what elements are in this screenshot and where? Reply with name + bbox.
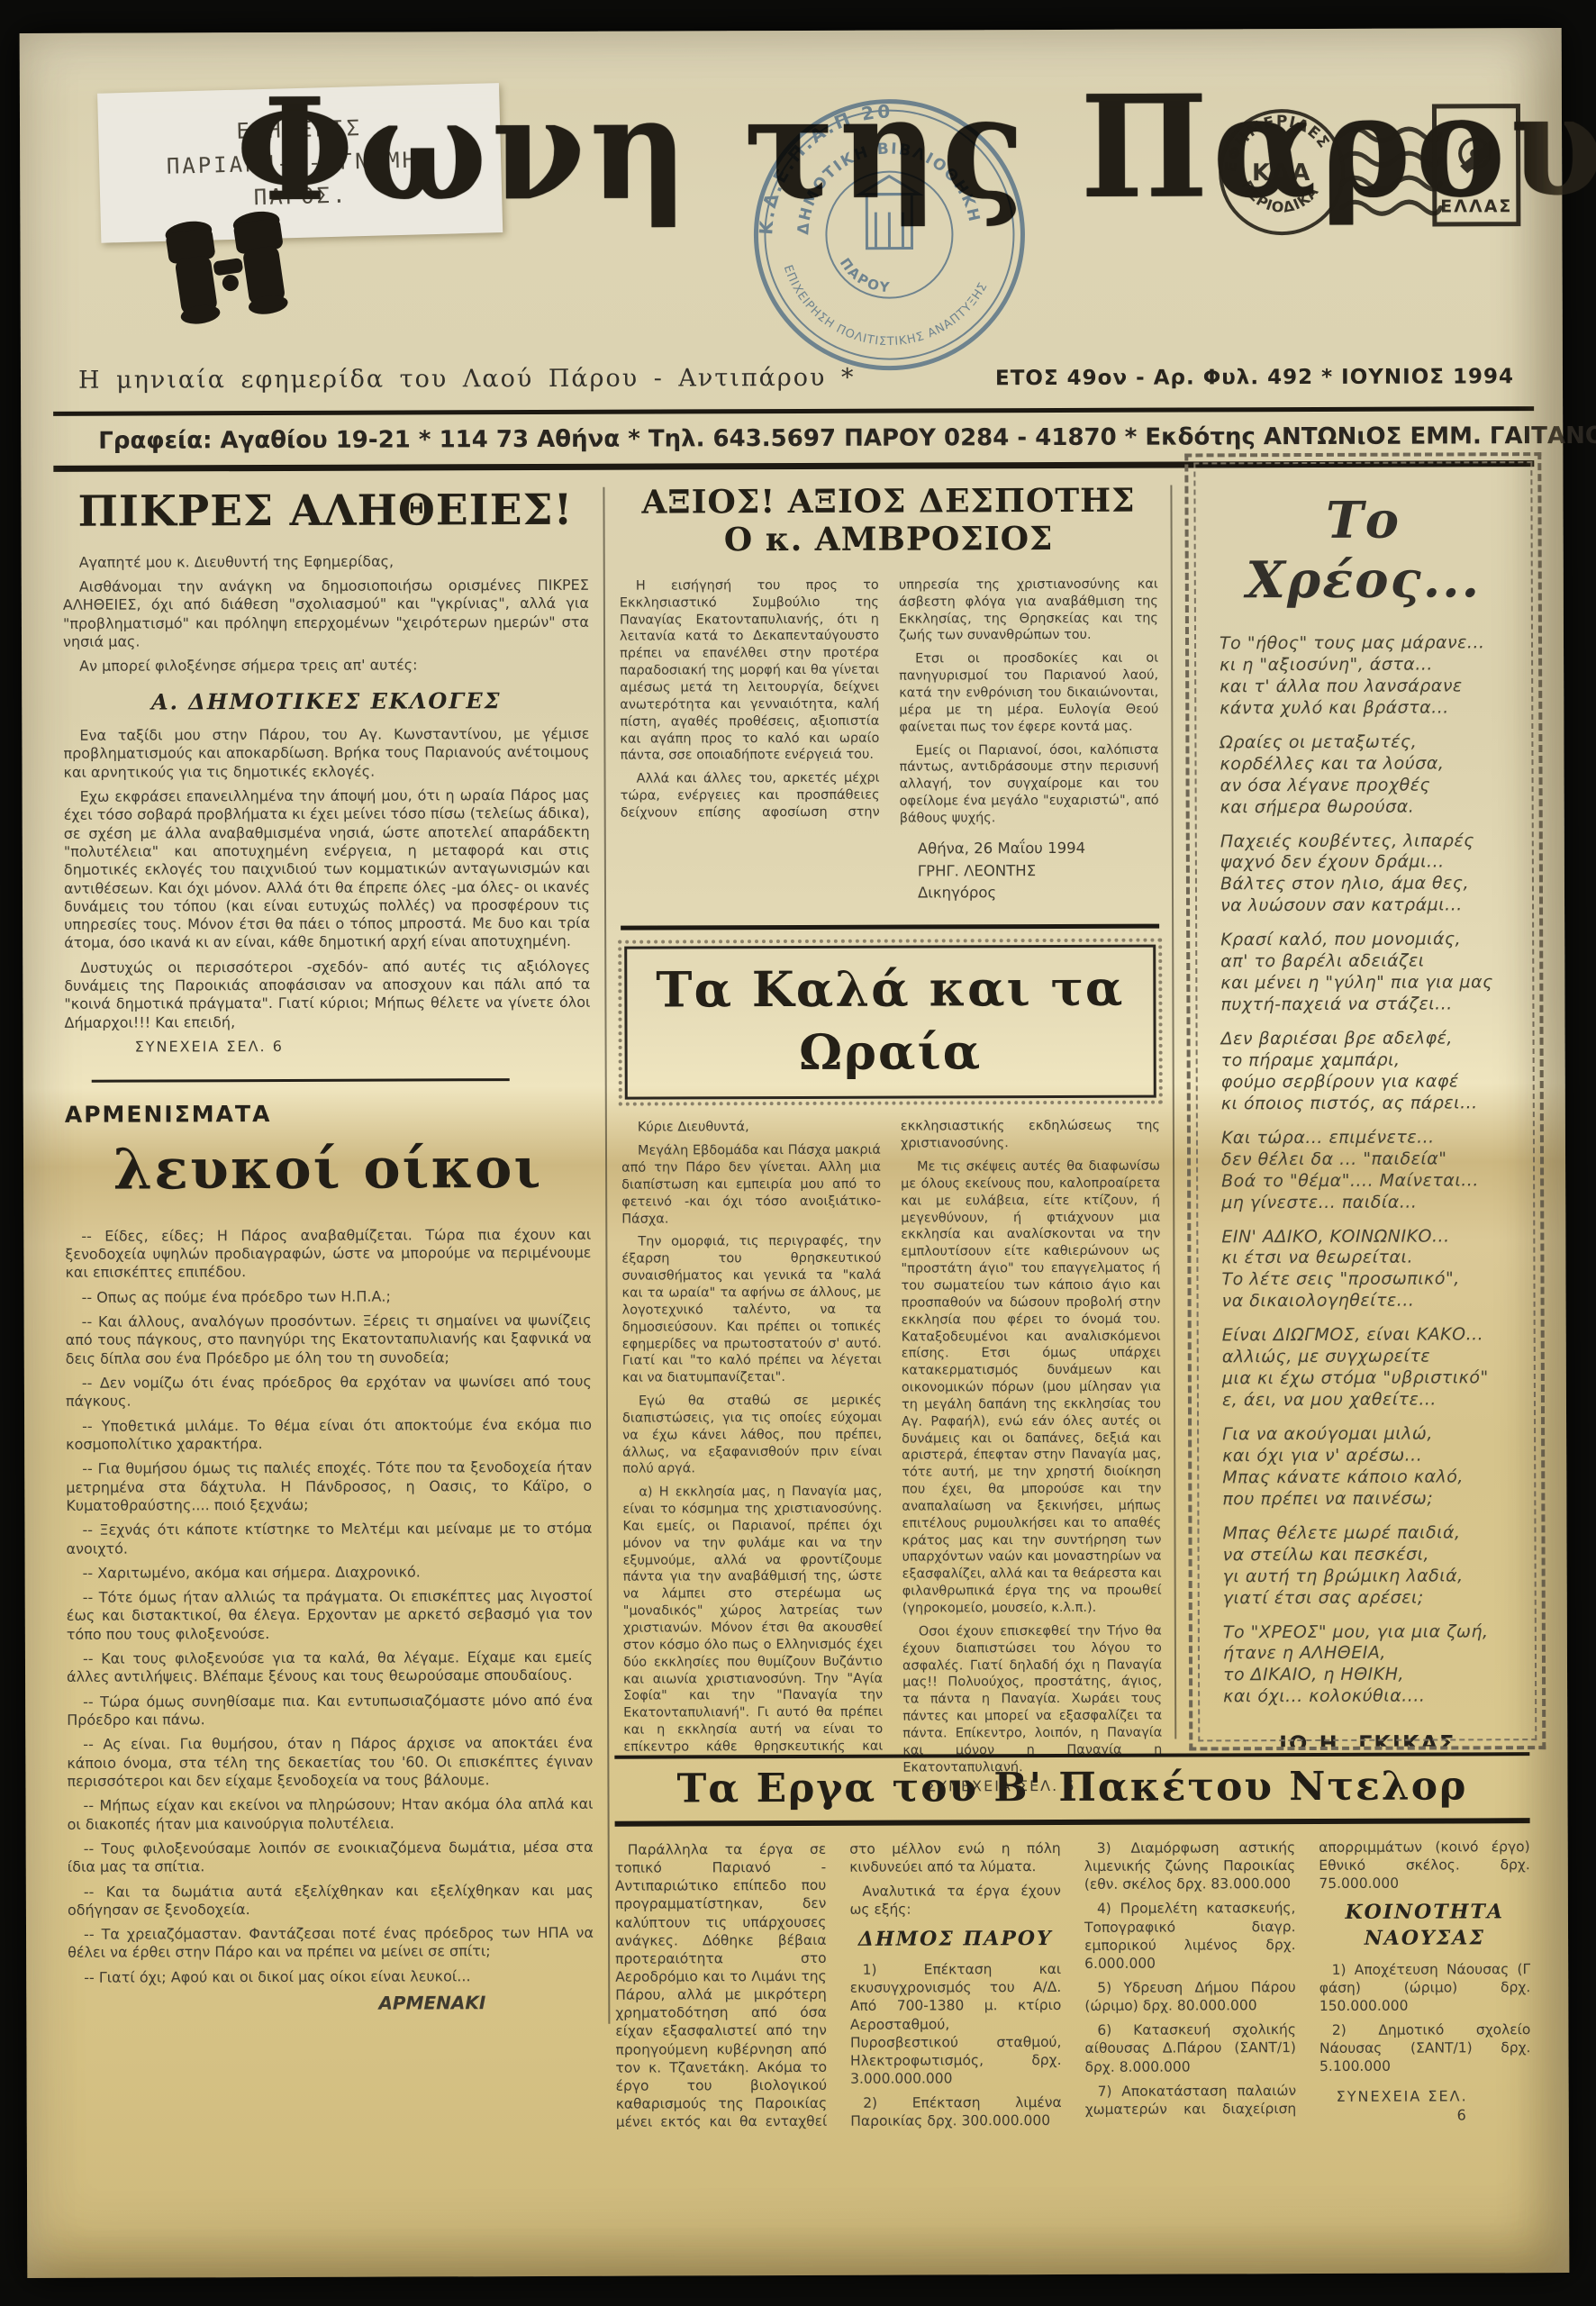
axios-signature: Αθήνα, 26 Μαΐου 1994 ΓΡΗΓ. ΛΕΟΝΤΗΣ Δικηγ… (918, 837, 1159, 904)
erga-subhead-koinotita-line2: ΝΑΟΥΣΑΣ (1365, 1926, 1485, 1949)
poem-box: Το Χρέος... Το "ήθος" τους μας μάρανε...… (1184, 452, 1546, 1750)
erga-rule-mid (615, 1818, 1530, 1827)
paragraph: 3) Διαμόρφωση αστικής λιμενικής ζώνης Πα… (1084, 1838, 1296, 1893)
stamp-building-glyph (859, 177, 919, 249)
paragraph: -- Γιατί όχι; Αφού και οι δικοί μας οίκο… (68, 1967, 594, 1987)
erga-body: Παράλληλα τα έργα σε τοπικό Παριανό - Αν… (615, 1838, 1531, 2131)
kala-headline-box: Τα Καλά και τα Ωραία (624, 945, 1156, 1100)
article-title-kala: Τα Καλά και τα Ωραία (634, 957, 1146, 1085)
paragraph: 6) Κατασκευή σχολικής αίθουσας Δ.Πάρου (… (1084, 2020, 1296, 2075)
article-title-erga: Τα Εργα του Β' Πακέτου Ντελορ (614, 1763, 1529, 1812)
armenaki-signature: ΑΡΜΕΝΑΚΙ (68, 1992, 594, 2016)
masthead-rule-top (53, 406, 1534, 416)
poem-stanza: Για να ακούγομαι μιλώ,και όχι για ν' αρέ… (1222, 1423, 1510, 1511)
paragraph: -- Και άλλους, αναλόγων προσόντων. Ξέρει… (66, 1312, 592, 1368)
paragraph: Η εισήγησή του προς το Εκκλησιαστικό Συμ… (620, 577, 880, 765)
paragraph: -- Οπως ας πούμε ένα πρόεδρο των Η.Π.Α.; (66, 1287, 592, 1307)
poem-stanza: Το "ήθος" τους μας μάρανε...κι η "αξιοσύ… (1220, 632, 1508, 720)
paragraph: Με τις σκέψεις αυτές θα διαφωνίσω με όλο… (901, 1158, 1162, 1618)
paragraph: -- Και τα δωμάτια αυτά εξελίχθηκαν και ε… (68, 1881, 594, 1920)
svg-text:Κ.Δ.Ε.Π.Α.Π 2000: Κ.Δ.Ε.Π.Α.Π 2000 (740, 86, 893, 236)
paragraph: -- Για θυμήσου όμως τις παλιές εποχές. Τ… (66, 1458, 592, 1515)
hellas-stamp-label: ΕΛΛΑΣ (1440, 196, 1512, 216)
paragraph: -- Ας είναι. Για θυμήσου, όταν η Πάρος ά… (67, 1734, 593, 1791)
paragraph: Την ομορφιά, τις περιγραφές, την έξαρση … (621, 1233, 882, 1387)
bottom-article: Τα Εργα του Β' Πακέτου Ντελορ Παράλληλα … (614, 1752, 1530, 2131)
axios-body: Η εισήγησή του προς το Εκκλησιαστικό Συμ… (620, 576, 1159, 829)
axios-sig-name: ΓΡΗΓ. ΛΕΟΝΤΗΣ (918, 859, 1159, 883)
paragraph: -- Μήπως είχαν και εκείνοι να πληρώσουν;… (67, 1795, 593, 1834)
posthorn-icon (1447, 126, 1505, 196)
paragraph: 2) Επέκταση λιμένα Παροικίας δρχ. 300.00… (850, 2093, 1062, 2130)
newspaper-page: ΕΦΗΜΕΡΙΣΠΑΡΙΑΝΗ----ΓΝΩΜΗ.ΠΑΡΟΣ. Φωνη της… (20, 28, 1570, 2278)
poem-stanza: ΕΙΝ' ΑΔΙΚΟ, ΚΟΙΝΩΝΙΚΟ...κι έτσι να θεωρε… (1221, 1226, 1510, 1313)
axios-sig-role: Δικηγόρος (918, 882, 1159, 905)
kala-body: Κύριε Διευθυντά,Μεγάλη Εβδομάδα και Πάσχ… (621, 1118, 1163, 1777)
erga-continuation: ΣΥΝΕΧΕΙΑ ΣΕΛ. 6 (1319, 2088, 1531, 2126)
svg-text:ΠΑΡΟΥ: ΠΑΡΟΥ (837, 255, 892, 296)
issue-info: ΕΤΟΣ 49ον - Αρ. Φυλ. 492 * ΙΟΥΝΙΟΣ 1994 (995, 365, 1514, 390)
masthead-subtitle-row: Η μηνιαία εφημερίδα του Λαού Πάρου - Αντ… (78, 361, 1514, 395)
contact-line: Γραφεία: Αγαθίου 19-21 * 114 73 Αθήνα * … (98, 422, 1503, 454)
paragraph: -- Χαριτωμένο, ακόμα και σήμερα. Διαχρον… (67, 1563, 593, 1583)
hellas-stamp: ΕΛΛΑΣ (1432, 104, 1520, 226)
erga-subhead-dimos: ΔΗΜΟΣ ΠΑΡΟΥ (849, 1926, 1061, 1952)
paragraph: Αν μπορεί φιλοξένησε σήμερα τρεις απ' αυ… (63, 656, 589, 676)
middle-column: ΑΞΙΟΣ! ΑΞΙΟΣ ΔΕΣΠΟΤΗΣ Ο κ. ΑΜΒΡΟΣΙΟΣ Η ε… (619, 482, 1162, 1798)
article-title-axios: ΑΞΙΟΣ! ΑΞΙΟΣ ΔΕΣΠΟΤΗΣ Ο κ. ΑΜΒΡΟΣΙΟΣ (619, 482, 1157, 560)
armenismata-kicker: ΑΡΜΕΝΙΣΜΑΤΑ (65, 1099, 591, 1130)
paragraph: 5) Υδρευση Δήμου Πάρου (ώριμο) δρχ. 80.0… (1084, 1978, 1296, 2015)
paragraph: Εγώ θα σταθώ σε μερικές διαπιστώσεις, γι… (622, 1393, 882, 1478)
stamp-center-label: ΠΑΡΟΥ (837, 255, 892, 296)
poem-title: Το Χρέος... (1219, 490, 1507, 610)
svg-text:ΕΠΙΧΕΙΡΗΣΗ ΠΟΛΙΤΙΣΤΙΚΗΣ ΑΝΑΠΤΥ: ΕΠΙΧΕΙΡΗΣΗ ΠΟΛΙΤΙΣΤΙΚΗΣ ΑΝΑΠΤΥΞΗΣ (781, 263, 991, 350)
paragraph: 1) Επέκταση και εκυσυγχρονισμός του Α/Δ.… (850, 1960, 1062, 2088)
stamp-arc-bottom: ΕΠΙΧΕΙΡΗΣΗ ΠΟΛΙΤΙΣΤΙΚΗΣ ΑΝΑΠΤΥΞΗΣ (781, 263, 991, 350)
paragraph: -- Τα χρειαζόμασταν. Φαντάζεσαι ποτέ ένα… (68, 1924, 594, 1963)
section-rule (92, 1078, 510, 1083)
paragraph: -- Δεν νομίζω ότι ένας πρόεδρος θα ερχότ… (66, 1373, 592, 1412)
postmark-circle: ΕΦΗΜΕΡΙΔΕΣ ΚΔΑ ΠΕΡΙΟΔΙΚΑ (1214, 104, 1350, 241)
poem-stanza: Κρασί καλό, που μονομιάς,απ' το βαρέλι α… (1220, 929, 1509, 1016)
poem-stanza: Και τώρα... επιμένετε...δεν θέλει δα ...… (1221, 1127, 1510, 1214)
paragraph: -- Τότε όμως ήταν αλλιώς τα πράγματα. Οι… (67, 1587, 593, 1644)
erga-subhead-koinotita-line1: ΚΟΙΝΟΤΗΤΑ (1345, 1901, 1504, 1925)
article-title-pikres: ΠΙΚΡΕΣ ΑΛΗΘΕΙΕΣ! (62, 484, 588, 540)
paragraph: Αναλυτικά τα έργα έχουν ως εξής: (849, 1882, 1061, 1919)
paragraph: Δυστυχώς οι περισσότεροι -σχεδόν- από αυ… (64, 958, 590, 1032)
postmark-center: ΚΔΑ (1252, 159, 1312, 186)
axios-title-line1: ΑΞΙΟΣ! ΑΞΙΟΣ ΔΕΣΠΟΤΗΣ (641, 482, 1135, 522)
paragraph: -- Τώρα όμως συνηθίσαμε πια. Και εντυπωσ… (67, 1691, 593, 1729)
paragraph: Ενα ταξίδι μου στην Πάρου, του Αγ. Κωνστ… (63, 725, 589, 782)
axios-sig-place: Αθήνα, 26 Μαΐου 1994 (918, 837, 1159, 860)
paragraph: Μεγάλη Εβδομάδα και Πάσχα μακριά από την… (621, 1142, 881, 1228)
paragraph: Εχω εκφράσει επανειλλημένα την άποψή μου… (64, 786, 591, 953)
paragraph: 2) Δημοτικό σχολείο Νάουσας (ΣΑΝΤ/1) δρχ… (1319, 2020, 1531, 2075)
pikres-subhead: Α. ΔΗΜΟΤΙΚΕΣ ΕΚΛΟΓΕΣ (63, 686, 589, 716)
cancellation-waves-icon (1337, 122, 1445, 221)
paragraph: 1) Αποχέτευση Νάουσας (Γ φάση) (ώριμο) δ… (1319, 1960, 1531, 2015)
paragraph: -- Είδες, είδες; Η Πάρος αναβαθμίζεται. … (65, 1226, 591, 1283)
paragraph: Εμείς οι Παριανοί, όσοι, καλόπιστα πάντω… (899, 741, 1158, 827)
newspaper-subtitle: Η μηνιαία εφημερίδα του Λαού Πάρου - Αντ… (78, 364, 856, 395)
paragraph: -- Ξεχνάς ότι κάποτε κτίστηκε το Μελτέμι… (66, 1520, 592, 1558)
poem-stanza: Μπας θέλετε μωρέ παιδιά,να στείλω και πε… (1222, 1522, 1510, 1610)
paragraph: -- Τους φιλοξενούσαμε λοιπόν σε ενοικιαζ… (68, 1838, 594, 1877)
paragraph: -- Υποθετικά μιλάμε. Το θέμα είναι ότι α… (66, 1415, 592, 1454)
paragraph: Αγαπητέ μου κ. Διευθυντή της Εφημερίδας, (63, 551, 589, 571)
pikres-continuation: ΣΥΝΕΧΕΙΑ ΣΕΛ. 6 (65, 1037, 591, 1057)
column-divider-right (1170, 486, 1176, 1739)
poem-stanza: Ωραίες οι μεταξωτές,κορδέλλες και τα λού… (1220, 731, 1508, 819)
paragraph: Κύριε Διευθυντά, (621, 1119, 881, 1137)
paragraph: -- Και τους φιλοξενούσε για τα καλά, θα … (67, 1648, 593, 1687)
stamp-arc-top: Κ.Δ.Ε.Π.Α.Π 2000 (740, 86, 893, 236)
left-column: ΠΙΚΡΕΣ ΑΛΗΘΕΙΕΣ! Αγαπητέ μου κ. Διευθυντ… (62, 484, 594, 2016)
library-stamp: Κ.Δ.Ε.Π.Α.Π 2000 ΔΗΜΟΤΙΚΗ ΒΙΒΛΙΟΘΗΚΗ ΕΠΙ… (740, 86, 1038, 384)
paragraph: 4) Προμελέτη κατασκευής, Τοπογραφικό δια… (1084, 1899, 1296, 1972)
poem-stanza: Δεν βαριέσαι βρε αδελφέ,το πήραμε χαμπάρ… (1221, 1028, 1510, 1115)
axios-title-line2: Ο κ. ΑΜΒΡΟΣΙΟΣ (724, 520, 1054, 558)
poem-stanza: Παχειές κουβέντες, λιπαρέςψαχνό δεν έχου… (1220, 831, 1509, 918)
paragraph: Ετσι οι προσδοκίες και οι πανηγυρισμοί τ… (899, 650, 1158, 736)
poem-stanza: Είναι ΔΙΩΓΜΟΣ, είναι ΚΑΚΟ...αλλιώς, με σ… (1222, 1324, 1510, 1412)
poem-signature: ΙΩ.Η. ΓΚΙΚΑΣ (1223, 1730, 1511, 1750)
paragraph: Αισθάνομαι την ανάγκη να δημοσιοποιήσω ο… (63, 576, 589, 651)
mid-section-rule (621, 924, 1159, 931)
article-title-leukoi-oikoi: λευκοί οίκοι (65, 1133, 591, 1206)
erga-subhead-koinotita: ΚΟΙΝΟΤΗΤΑ ΝΑΟΥΣΑΣ (1319, 1900, 1530, 1952)
column-divider-left (603, 487, 610, 2024)
poem-stanza: Το "ΧΡΕΟΣ" μου, για μια ζωή,ήτανε η ΑΛΗΘ… (1223, 1621, 1511, 1709)
